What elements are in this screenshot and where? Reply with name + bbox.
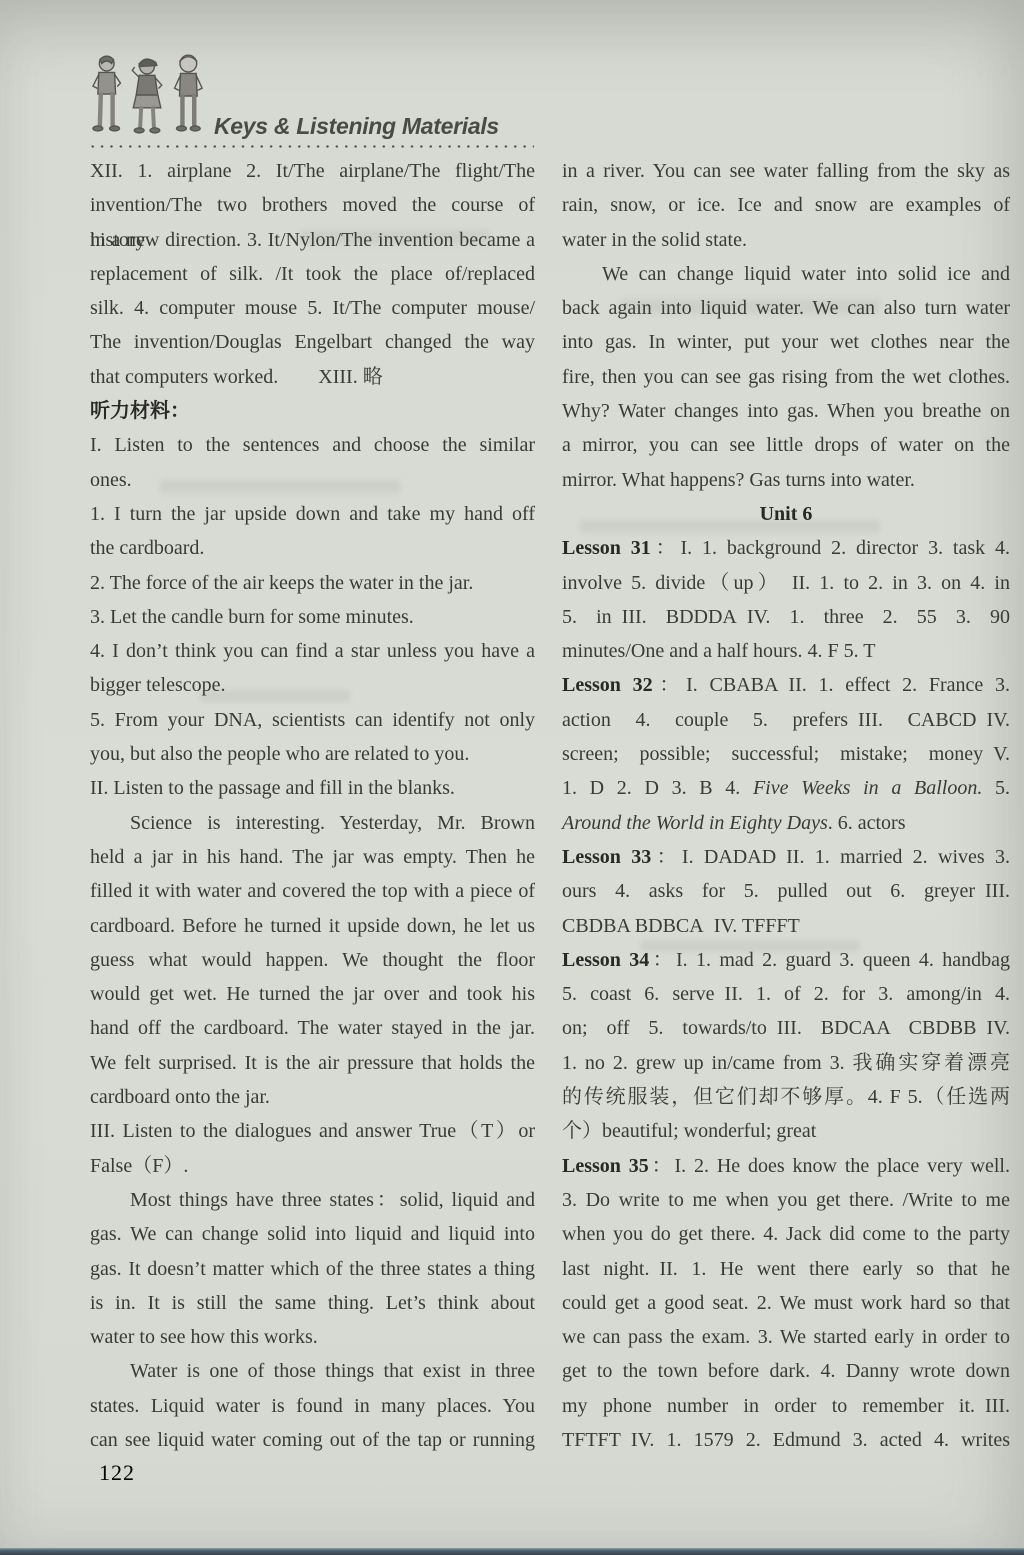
text-line: Science is interesting. Yesterday, Mr. B… bbox=[90, 806, 535, 840]
text-line: Why? Water changes into gas. When you br… bbox=[562, 394, 1010, 428]
text-line: III. Listen to the dialogues and answer … bbox=[90, 1114, 535, 1148]
text-line: involve 5. divide（up） II. 1. to 2. in 3.… bbox=[562, 566, 1010, 600]
text-line: on; off 5. towards/to III. BDCAA CBDBB I… bbox=[562, 1011, 1010, 1045]
text-line: guess what would happen. We thought the … bbox=[90, 943, 535, 977]
text-line: ours 4. asks for 5. pulled out 6. greyer… bbox=[562, 874, 1010, 908]
text-line: TFTFT IV. 1. 1579 2. Edmund 3. acted 4. … bbox=[562, 1423, 1010, 1457]
text-line: 听力材料： bbox=[90, 394, 535, 428]
text-line: can see liquid water coming out of the t… bbox=[90, 1423, 535, 1457]
text-line: Most things have three states：solid, liq… bbox=[90, 1183, 535, 1217]
text-line: I. Listen to the sentences and choose th… bbox=[90, 428, 535, 462]
text-line: We can change liquid water into solid ic… bbox=[562, 257, 1010, 291]
text-line: silk. 4. computer mouse 5. It/The comput… bbox=[90, 291, 535, 325]
text-line: action 4. couple 5. prefers III. CABCD I… bbox=[562, 703, 1010, 737]
text-line: when you do get there. 4. Jack did come … bbox=[562, 1217, 1010, 1251]
text-line: in a new direction. 3. It/Nylon/The inve… bbox=[90, 223, 535, 257]
text-line: states. Liquid water is found in many pl… bbox=[90, 1389, 535, 1423]
text-line: back again into liquid water. We can als… bbox=[562, 291, 1010, 325]
text-line: gas. It doesn’t matter which of the thre… bbox=[90, 1252, 535, 1286]
text-line: Around the World in Eighty Days. 6. acto… bbox=[562, 806, 1010, 840]
text-line: 4. I don’t think you can find a star unl… bbox=[90, 634, 535, 668]
text-line: Lesson 31：I. 1. background 2. director 3… bbox=[562, 531, 1010, 565]
text-line: 的传统服装，但它们却不够厚。4. F 5.（任选两 bbox=[562, 1080, 1010, 1114]
text-line: screen; possible; successful; mistake; m… bbox=[562, 737, 1010, 771]
text-line: 5. From your DNA, scientists can identif… bbox=[90, 703, 535, 737]
scanned-page: Keys & Listening Materials XII. 1. airpl… bbox=[0, 0, 1024, 1555]
text-line: my phone number in order to remember it.… bbox=[562, 1389, 1010, 1423]
text-line: in a river. You can see water falling fr… bbox=[562, 154, 1010, 188]
text-line: Lesson 34：I. 1. mad 2. guard 3. queen 4.… bbox=[562, 943, 1010, 977]
page-title: Keys & Listening Materials bbox=[214, 112, 499, 140]
text-line: last night. II. 1. He went there early s… bbox=[562, 1252, 1010, 1286]
text-line: the cardboard. bbox=[90, 531, 535, 565]
text-line: we can pass the exam. 3. We started earl… bbox=[562, 1320, 1010, 1354]
text-line: 2. The force of the air keeps the water … bbox=[90, 566, 535, 600]
text-line: Lesson 35：I. 2. He does know the place v… bbox=[562, 1149, 1010, 1183]
students-logo-icon bbox=[90, 50, 208, 142]
text-line: 个）beautiful; wonderful; great bbox=[562, 1114, 1010, 1148]
text-line: Lesson 32：I. CBABA II. 1. effect 2. Fran… bbox=[562, 668, 1010, 702]
text-line: minutes/One and a half hours. 4. F 5. T bbox=[562, 634, 1010, 668]
text-line: you, but also the people who are related… bbox=[90, 737, 535, 771]
text-line: We felt surprised. It is the air pressur… bbox=[90, 1046, 535, 1080]
text-line: water in the solid state. bbox=[562, 223, 1010, 257]
text-line: gas. We can change solid into liquid and… bbox=[90, 1217, 535, 1251]
text-line: water to see how this works. bbox=[90, 1320, 535, 1354]
text-line: cardboard onto the jar. bbox=[90, 1080, 535, 1114]
text-line: 3. Do write to me when you get there. /W… bbox=[562, 1183, 1010, 1217]
text-line: 5. coast 6. serve II. 1. of 2. for 3. am… bbox=[562, 977, 1010, 1011]
text-line: II. Listen to the passage and fill in th… bbox=[90, 771, 535, 805]
text-line: is in. It is still the same thing. Let’s… bbox=[90, 1286, 535, 1320]
text-line: filled it with water and covered the top… bbox=[90, 874, 535, 908]
text-line: 1. no 2. grew up in/came from 3. 我确实穿着漂亮 bbox=[562, 1046, 1010, 1080]
text-line: cardboard. Before he turned it upside do… bbox=[90, 909, 535, 943]
text-line: Water is one of those things that exist … bbox=[90, 1354, 535, 1388]
text-line: Unit 6 bbox=[562, 497, 1010, 531]
text-line: would get wet. He turned the jar over an… bbox=[90, 977, 535, 1011]
text-line: replacement of silk. /It took the place … bbox=[90, 257, 535, 291]
dotted-divider bbox=[88, 142, 534, 151]
bottom-edge-bar bbox=[0, 1548, 1024, 1555]
text-line: Lesson 33：I. DADAD II. 1. married 2. wiv… bbox=[562, 840, 1010, 874]
text-line: could get a good seat. 2. We must work h… bbox=[562, 1286, 1010, 1320]
text-line: fire, then you can see gas rising from t… bbox=[562, 360, 1010, 394]
text-line: The invention/Douglas Engelbart changed … bbox=[90, 325, 535, 359]
text-line: a mirror, you can see little drops of wa… bbox=[562, 428, 1010, 462]
text-line: False（F）. bbox=[90, 1149, 535, 1183]
text-line: 1. I turn the jar upside down and take m… bbox=[90, 497, 535, 531]
text-line: 1. D 2. D 3. B 4. Five Weeks in a Balloo… bbox=[562, 771, 1010, 805]
text-line: hand off the cardboard. The water stayed… bbox=[90, 1011, 535, 1045]
text-line: rain, snow, or ice. Ice and snow are exa… bbox=[562, 188, 1010, 222]
right-column: in a river. You can see water falling fr… bbox=[562, 154, 1010, 1457]
text-line: ones. bbox=[90, 463, 535, 497]
text-line: 3. Let the candle burn for some minutes. bbox=[90, 600, 535, 634]
text-line: XII. 1. airplane 2. It/The airplane/The … bbox=[90, 154, 535, 188]
page-number: 122 bbox=[99, 1460, 135, 1486]
text-line: CBDBA BDBCA IV. TFFFT bbox=[562, 909, 1010, 943]
text-line: 5. in III. BDDDA IV. 1. three 2. 55 3. 9… bbox=[562, 600, 1010, 634]
text-line: mirror. What happens? Gas turns into wat… bbox=[562, 463, 1010, 497]
left-column: XII. 1. airplane 2. It/The airplane/The … bbox=[90, 154, 535, 1457]
text-line: get to the town before dark. 4. Danny wr… bbox=[562, 1354, 1010, 1388]
text-line: invention/The two brothers moved the cou… bbox=[90, 188, 535, 222]
text-line: held a jar in his hand. The jar was empt… bbox=[90, 840, 535, 874]
text-line: into gas. In winter, put your wet clothe… bbox=[562, 325, 1010, 359]
text-line: that computers worked. XIII. 略 bbox=[90, 360, 535, 394]
text-line: bigger telescope. bbox=[90, 668, 535, 702]
